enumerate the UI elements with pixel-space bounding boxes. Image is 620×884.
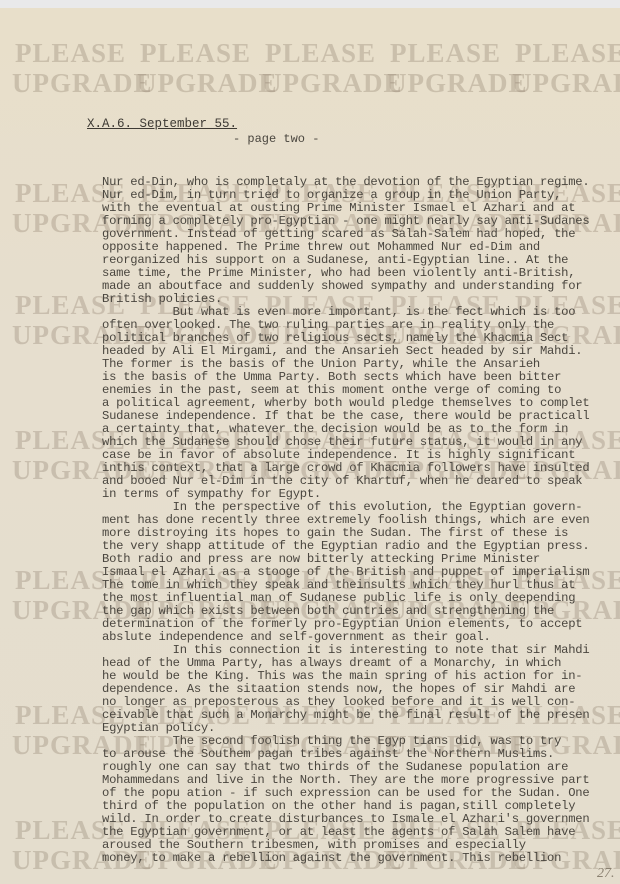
document-body: Nur ed-Din, who is completaly at the dev… xyxy=(102,176,620,865)
document-reference: X.A.6. September 55. xyxy=(87,117,237,131)
folio-mark: 27. xyxy=(597,866,615,882)
text-line: money, to make a rebellion against the g… xyxy=(102,852,620,865)
page-number-label: - page two - xyxy=(233,132,319,146)
typewritten-document: X.A.6. September 55. - page two - Nur ed… xyxy=(0,0,620,884)
